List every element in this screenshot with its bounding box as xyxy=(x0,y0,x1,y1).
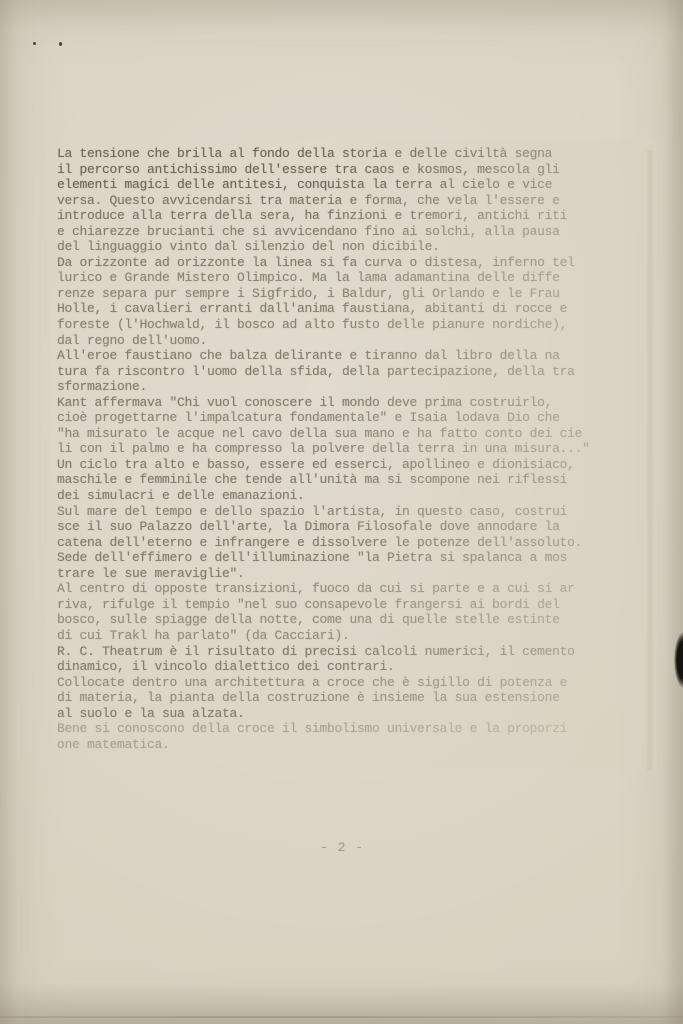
text-line: li con il palmo e ha compresso la polver… xyxy=(57,441,649,457)
text-line: Holle, i cavalieri erranti dall'anima fa… xyxy=(57,301,649,317)
text-line: tura fa riscontro l'uomo della sfida, de… xyxy=(57,364,649,380)
text-line: All'eroe faustiano che balza delirante e… xyxy=(57,348,649,364)
scanned-document-page: La tensione che brilla al fondo della st… xyxy=(0,0,683,1024)
text-line: dal regno dell'uomo. xyxy=(57,333,649,349)
text-line: lurico e Grande Mistero Olimpico. Ma la … xyxy=(57,270,649,286)
text-line: maschile e femminile che tende all'unità… xyxy=(57,472,649,488)
text-line: dei simulacri e delle emanazioni. xyxy=(57,488,649,504)
text-line: cioè progettarne l'impalcatura fondament… xyxy=(57,410,649,426)
text-line: e chiarezze brucianti che si avvicendano… xyxy=(57,224,649,240)
text-line: Bene si conoscono della croce il simboli… xyxy=(57,721,649,737)
text-line: La tensione che brilla al fondo della st… xyxy=(57,146,649,162)
text-line: R. C. Theatrum è il risultato di precisi… xyxy=(57,644,649,660)
text-line: dinamico, il vincolo dialettico dei cont… xyxy=(57,659,649,675)
text-line: di cui Trakl ha parlato" (da Cacciari). xyxy=(57,628,649,644)
text-line: Un ciclo tra alto e basso, essere ed ess… xyxy=(57,457,649,473)
text-line: trare le sue meraviglie". xyxy=(57,566,649,582)
text-line: bosco, sulle spiagge della notte, come u… xyxy=(57,612,649,628)
text-line: Collocate dentro una architettura a croc… xyxy=(57,675,649,691)
text-line: one matematica. xyxy=(57,737,649,753)
text-line: del linguaggio vinto dal silenzio del no… xyxy=(57,239,649,255)
text-line: Da orizzonte ad orizzonte la linea si fa… xyxy=(57,255,649,271)
text-line: "ha misurato le acque nel cavo della sua… xyxy=(57,426,649,442)
text-line: il percorso antichissimo dell'essere tra… xyxy=(57,162,649,178)
bottom-crease xyxy=(0,1016,683,1018)
text-line: sce il suo Palazzo dell'arte, la Dimora … xyxy=(57,519,649,535)
text-line: al suolo e la sua alzata. xyxy=(57,706,649,722)
paper-speck xyxy=(33,42,36,45)
text-line: sformazione. xyxy=(57,379,649,395)
text-line: renze separa pur sempre i Sigfrido, i Ba… xyxy=(57,286,649,302)
text-line: catena dell'eterno e infrangere e dissol… xyxy=(57,535,649,551)
text-line: foreste (l'Hochwald, il bosco ad alto fu… xyxy=(57,317,649,333)
text-line: Kant affermava "Chi vuol conoscere il mo… xyxy=(57,395,649,411)
text-line: Al centro di opposte transizioni, fuoco … xyxy=(57,581,649,597)
text-line: versa. Questo avvicendarsi tra materia e… xyxy=(57,193,649,209)
ink-blot xyxy=(672,626,683,694)
text-line: riva, rifulge il tempio "nel suo consape… xyxy=(57,597,649,613)
text-line: Sul mare del tempo e dello spazio l'arti… xyxy=(57,504,649,520)
text-line: di materia, la pianta della costruzione … xyxy=(57,690,649,706)
text-line: introduce alla terra della sera, ha finz… xyxy=(57,208,649,224)
page-number: - 2 - xyxy=(57,840,627,855)
paper-speck xyxy=(59,42,62,46)
text-line: Sede dell'effimero e dell'illuminazione … xyxy=(57,550,649,566)
typewritten-text: La tensione che brilla al fondo della st… xyxy=(57,146,649,752)
text-line: elementi magici delle antitesi, conquist… xyxy=(57,177,649,193)
